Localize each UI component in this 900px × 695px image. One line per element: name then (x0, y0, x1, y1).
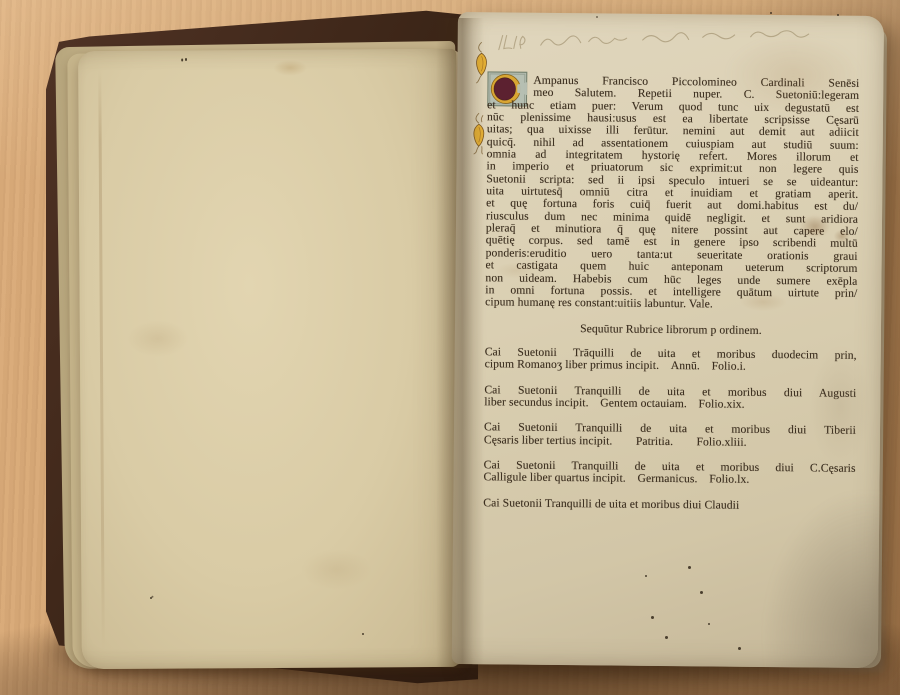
wormhole-speck (700, 591, 703, 594)
wormhole-speck (185, 58, 187, 61)
foxing-stain (128, 320, 188, 356)
page-crease (98, 70, 105, 651)
wormhole-speck (645, 575, 647, 577)
wormhole-speck (181, 59, 183, 62)
text-column: Ampanus Francisco Piccolomineo Cardinali… (483, 74, 859, 526)
rubric-entry: Cai Suetonii Trāquilli de uita et moribu… (485, 346, 857, 374)
foxing-stain (273, 60, 307, 76)
wormhole-speck (651, 616, 654, 619)
rubric-entry: Cai Suetonii Tranquilli de uita et morib… (484, 384, 856, 412)
wormhole-speck (738, 647, 741, 650)
wormhole-speck (596, 16, 598, 18)
rubric-entry: Cai Suetonii Tranquilli de uita et morib… (483, 459, 855, 487)
handwritten-inscription (492, 24, 814, 60)
wormhole-speck (665, 636, 668, 639)
wormhole-speck (150, 597, 152, 599)
rubric-entry: Cai Suetonii Tranquilli de uita et morib… (483, 497, 855, 513)
wormhole-speck (837, 14, 839, 16)
rubric-entry-line: Cai Suetonii Tranquilli de uita et morib… (483, 497, 855, 513)
dedication-paragraph: Ampanus Francisco Piccolomineo Cardinali… (485, 74, 859, 312)
wormhole-speck (688, 566, 691, 569)
rubric-list: Cai Suetonii Trāquilli de uita et moribu… (483, 346, 857, 513)
photograph-of-incunabulum: Ampanus Francisco Piccolomineo Cardinali… (0, 0, 900, 695)
left-blank-page (78, 49, 460, 669)
wormhole-speck (362, 633, 364, 635)
right-printed-page: Ampanus Francisco Piccolomineo Cardinali… (452, 12, 884, 668)
wormhole-speck (770, 12, 772, 14)
wormhole-speck (708, 623, 710, 625)
foxing-stain (301, 549, 371, 589)
rubric-entry: Cai Suetonii Tranquilli de uita et morib… (484, 422, 856, 450)
rubric-header: Sequūtur Rubrice librorum p ordinem. (485, 322, 857, 338)
